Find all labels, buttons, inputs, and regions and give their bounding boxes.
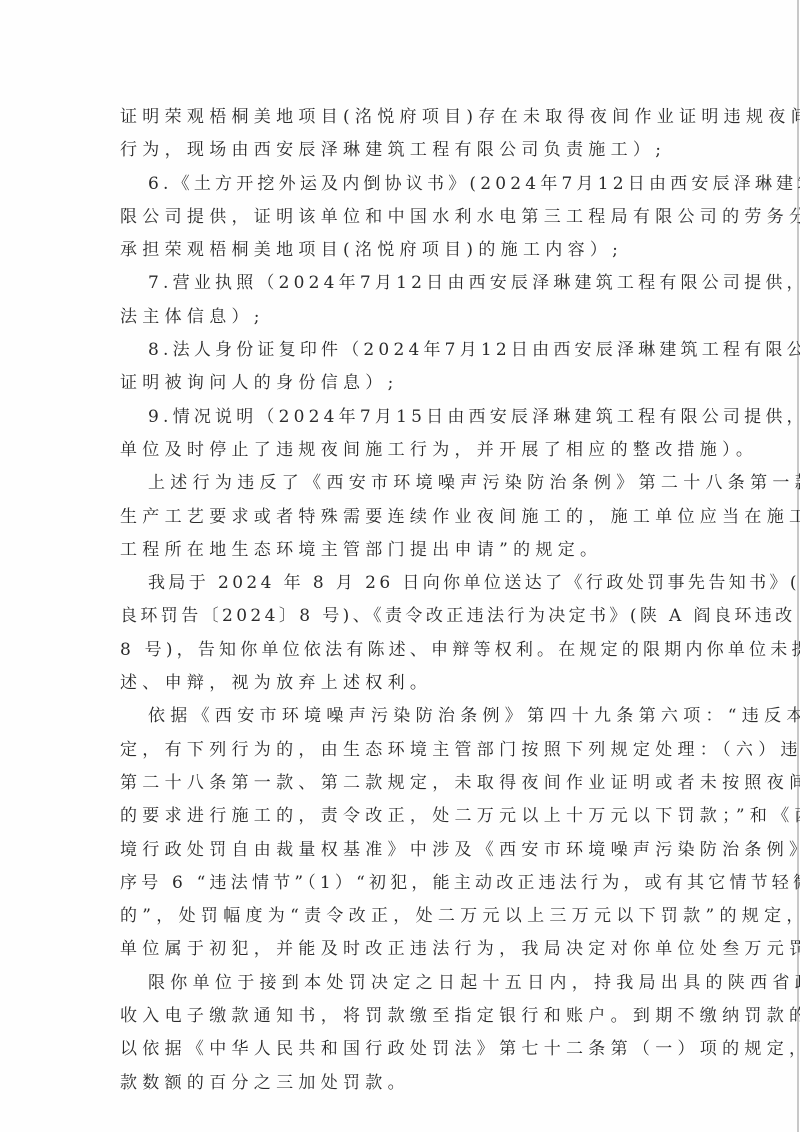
text-line-item-7: 7.营业执照（2024年7月12日由西安辰泽琳建筑工程有限公司提供，证明违 — [120, 267, 680, 300]
text-line: 证明荣观梧桐美地项目(洺悦府项目)存在未取得夜间作业证明违规夜间施工的 — [120, 101, 680, 134]
text-line: 序号 6 “违法情节”（1）“初犯，能主动改正违法行为，或有其它情节轻微情形 — [120, 867, 680, 900]
text-line: 8 号)，告知你单位依法有陈述、申辩等权利。在规定的限期内你单位未提出陈 — [120, 634, 680, 667]
text-line: 款数额的百分之三加处罚款。 — [120, 1067, 680, 1100]
text-line: 定，有下列行为的，由生态环境主管部门按照下列规定处理：（六）违反本条例 — [120, 734, 680, 767]
text-line: 收入电子缴款通知书，将罚款缴至指定银行和账户。到期不缴纳罚款的，我局可 — [120, 1000, 680, 1033]
text-line-item-9: 9.情况说明（2024年7月15日由西安辰泽琳建筑工程有限公司提供，证明该 — [120, 401, 680, 434]
text-line: 良环罚告〔2024〕8 号)、《责令改正违法行为决定书》(陕 A 阎良环违改〔2… — [120, 600, 680, 633]
text-line: 工程所在地生态环境主管部门提出申请”的规定。 — [120, 534, 680, 567]
text-line: 以依据《中华人民共和国行政处罚法》第七十二条第（一）项的规定，每日按罚 — [120, 1033, 680, 1066]
text-line: 证明被询问人的身份信息）; — [120, 367, 680, 400]
text-line-notice: 我局于 2024 年 8 月 26 日向你单位送达了《行政处罚事先告知书》(陕 … — [120, 567, 680, 600]
text-line-violation: 上述行为违反了《西安市环境噪声污染防治条例》第二十八条第一款：“因 — [120, 467, 680, 500]
text-line: 限公司提供，证明该单位和中国水利水电第三工程局有限公司的劳务分包关系及 — [120, 201, 680, 234]
text-line-deadline: 限你单位于接到本处罚决定之日起十五日内，持我局出具的陕西省政府非税 — [120, 967, 680, 1000]
text-line: 境行政处罚自由裁量权基准》中涉及《西安市环境噪声污染防治条例》自由裁量 — [120, 834, 680, 867]
document-page: 证明荣观梧桐美地项目(洺悦府项目)存在未取得夜间作业证明违规夜间施工的 行为，现… — [0, 0, 799, 1132]
text-line: 单位属于初犯，并能及时改正违法行为，我局决定对你单位处叁万元罚款。 — [120, 933, 680, 966]
text-line: 的”，处罚幅度为“责令改正，处二万元以上三万元以下罚款”的规定，鉴于你 — [120, 900, 680, 933]
text-line: 法主体信息）; — [120, 301, 680, 334]
text-line: 的要求进行施工的，责令改正，处二万元以上十万元以下罚款；”和《西安市环 — [120, 800, 680, 833]
text-line-item-6: 6.《土方开挖外运及内倒协议书》(2024年7月12日由西安辰泽琳建筑工程有 — [120, 168, 680, 201]
text-line-basis: 依据《西安市环境噪声污染防治条例》第四十九条第六项：“违反本条例规 — [120, 700, 680, 733]
document-body: 证明荣观梧桐美地项目(洺悦府项目)存在未取得夜间作业证明违规夜间施工的 行为，现… — [120, 101, 680, 1100]
text-line-item-8: 8.法人身份证复印件（2024年7月12日由西安辰泽琳建筑工程有限公司提供， — [120, 334, 680, 367]
text-line: 第二十八条第一款、第二款规定，未取得夜间作业证明或者未按照夜间作业证明 — [120, 767, 680, 800]
text-line: 行为，现场由西安辰泽琳建筑工程有限公司负责施工）; — [120, 134, 680, 167]
text-line: 承担荣观梧桐美地项目(洺悦府项目)的施工内容）; — [120, 234, 680, 267]
text-line: 生产工艺要求或者特殊需要连续作业夜间施工的，施工单位应当在施工作业前向 — [120, 501, 680, 534]
text-line: 单位及时停止了违规夜间施工行为，并开展了相应的整改措施）。 — [120, 434, 680, 467]
text-line: 述、申辩，视为放弃上述权利。 — [120, 667, 680, 700]
